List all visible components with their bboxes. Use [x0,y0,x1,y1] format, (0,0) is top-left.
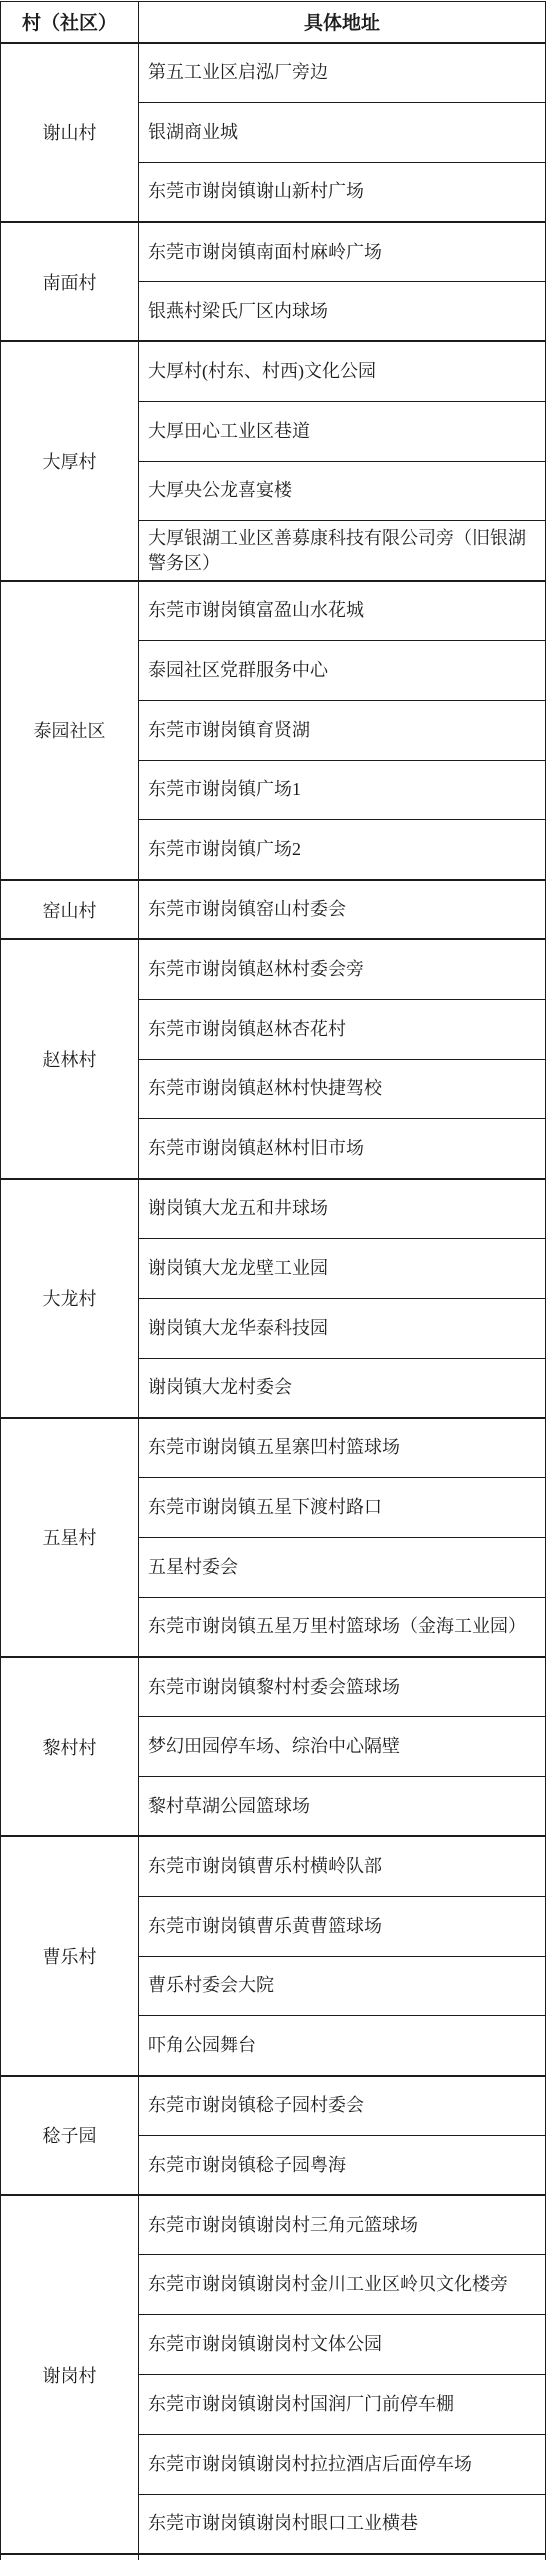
address-column-header: 具体地址 [139,2,546,43]
address-cell: 东莞市谢岗镇五星寨凹村篮球场 [139,1418,546,1478]
address-cell: 五星村委会 [139,1537,546,1597]
address-cell: 大厚央公龙喜宴楼 [139,461,546,521]
village-cell: 窑山村 [1,880,139,940]
address-cell: 东莞市谢岗镇谢岗村眼口工业横巷 [139,2494,546,2554]
address-cell: 东莞市谢岗镇赵林村委会旁 [139,939,546,999]
address-cell: 东莞市谢岗镇谢岗村拉拉酒店后面停车场 [139,2434,546,2494]
address-cell: 谢岗镇大龙五和井球场 [139,1179,546,1239]
address-cell: 黎村草湖公园篮球场 [139,1777,546,1837]
address-cell: 东莞市谢岗镇五星万里村篮球场（金海工业园） [139,1597,546,1657]
village-cell: 黎村村 [1,1657,139,1836]
village-cell: 稔子园 [1,2076,139,2196]
address-cell: 曹乐村委会大院 [139,1956,546,2016]
village-column-header: 村（社区） [1,2,139,43]
village-cell: 曹乐村 [1,1836,139,2075]
address-cell: 谢岗镇大龙龙壁工业园 [139,1238,546,1298]
table-row: 南面村东莞市谢岗镇南面村麻岭广场 [1,222,546,282]
header-row: 村（社区） 具体地址 [1,2,546,43]
village-cell: 谢岗村 [1,2195,139,2554]
address-cell: 银燕村梁氏厂区内球场 [139,282,546,342]
address-cell: 梦幻田园停车场、综治中心隔壁 [139,1717,546,1777]
address-cell: 大厚村(村东、村西)文化公园 [139,341,546,401]
village-cell: 泰园社区 [1,581,139,880]
address-cell: 东莞市谢岗镇黎村村委会篮球场 [139,1657,546,1717]
address-cell: 东莞市谢岗镇赵林村快捷驾校 [139,1059,546,1119]
address-cell: 谢岗镇大龙村委会 [139,1358,546,1418]
address-cell: 谢岗镇大龙华泰科技园 [139,1298,546,1358]
table-row: 大龙村谢岗镇大龙五和井球场 [1,1179,546,1239]
address-cell: 大厚田心工业区巷道 [139,401,546,461]
village-cell: 大厚村 [1,341,139,580]
partial-address-cell [139,2554,546,2560]
address-cell: 东莞市谢岗镇谢岗村三角元篮球场 [139,2195,546,2255]
address-cell: 泰园社区党群服务中心 [139,640,546,700]
address-cell: 东莞市谢岗镇稔子园粤海 [139,2135,546,2195]
table-row: 曹乐村东莞市谢岗镇曹乐村横岭队部 [1,1836,546,1896]
address-cell: 东莞市谢岗镇谢岗村金川工业区岭贝文化楼旁 [139,2255,546,2315]
address-cell: 东莞市谢岗镇富盈山水花城 [139,581,546,641]
address-cell: 东莞市谢岗镇稔子园村委会 [139,2076,546,2136]
address-cell: 东莞市谢岗镇广场2 [139,820,546,880]
address-cell: 东莞市谢岗镇曹乐村横岭队部 [139,1836,546,1896]
address-cell: 银湖商业城 [139,102,546,162]
address-cell: 东莞市谢岗镇窑山村委会 [139,880,546,940]
village-cell: 赵林村 [1,939,139,1178]
village-cell: 五星村 [1,1418,139,1657]
village-cell: 谢山村 [1,43,139,222]
table-row: 谢山村第五工业区启泓厂旁边 [1,43,546,103]
table-header: 村（社区） 具体地址 [1,2,546,43]
table-row: 稔子园东莞市谢岗镇稔子园村委会 [1,2076,546,2136]
table-row: 泰园社区东莞市谢岗镇富盈山水花城 [1,581,546,641]
address-cell: 东莞市谢岗镇广场1 [139,760,546,820]
address-cell: 东莞市谢岗镇赵林杏花村 [139,999,546,1059]
address-cell: 东莞市谢岗镇谢山新村广场 [139,162,546,222]
table-row: 谢岗村东莞市谢岗镇谢岗村三角元篮球场 [1,2195,546,2255]
table-body: 谢山村第五工业区启泓厂旁边银湖商业城东莞市谢岗镇谢山新村广场南面村东莞市谢岗镇南… [1,43,546,2560]
address-cell: 东莞市谢岗镇五星下渡村路口 [139,1478,546,1538]
address-cell: 东莞市谢岗镇育贤湖 [139,700,546,760]
partial-village-cell [1,2554,139,2560]
table-row: 窑山村东莞市谢岗镇窑山村委会 [1,880,546,940]
table-row: 大厚村大厚村(村东、村西)文化公园 [1,341,546,401]
address-cell: 东莞市谢岗镇曹乐黄曹篮球场 [139,1896,546,1956]
village-cell: 大龙村 [1,1179,139,1418]
address-cell: 东莞市谢岗镇谢岗村文体公园 [139,2315,546,2375]
address-cell: 大厚银湖工业区善募康科技有限公司旁（旧银湖警务区） [139,521,546,581]
partial-row [1,2554,546,2560]
village-cell: 南面村 [1,222,139,342]
address-cell: 东莞市谢岗镇南面村麻岭广场 [139,222,546,282]
address-cell: 东莞市谢岗镇谢岗村国润厂门前停车棚 [139,2375,546,2435]
table-row: 五星村东莞市谢岗镇五星寨凹村篮球场 [1,1418,546,1478]
village-address-table: 村（社区） 具体地址 谢山村第五工业区启泓厂旁边银湖商业城东莞市谢岗镇谢山新村广… [0,1,546,2560]
address-cell: 东莞市谢岗镇赵林村旧市场 [139,1119,546,1179]
table-row: 赵林村东莞市谢岗镇赵林村委会旁 [1,939,546,999]
address-cell: 吓角公园舞台 [139,2016,546,2076]
table-row: 黎村村东莞市谢岗镇黎村村委会篮球场 [1,1657,546,1717]
address-cell: 第五工业区启泓厂旁边 [139,43,546,103]
